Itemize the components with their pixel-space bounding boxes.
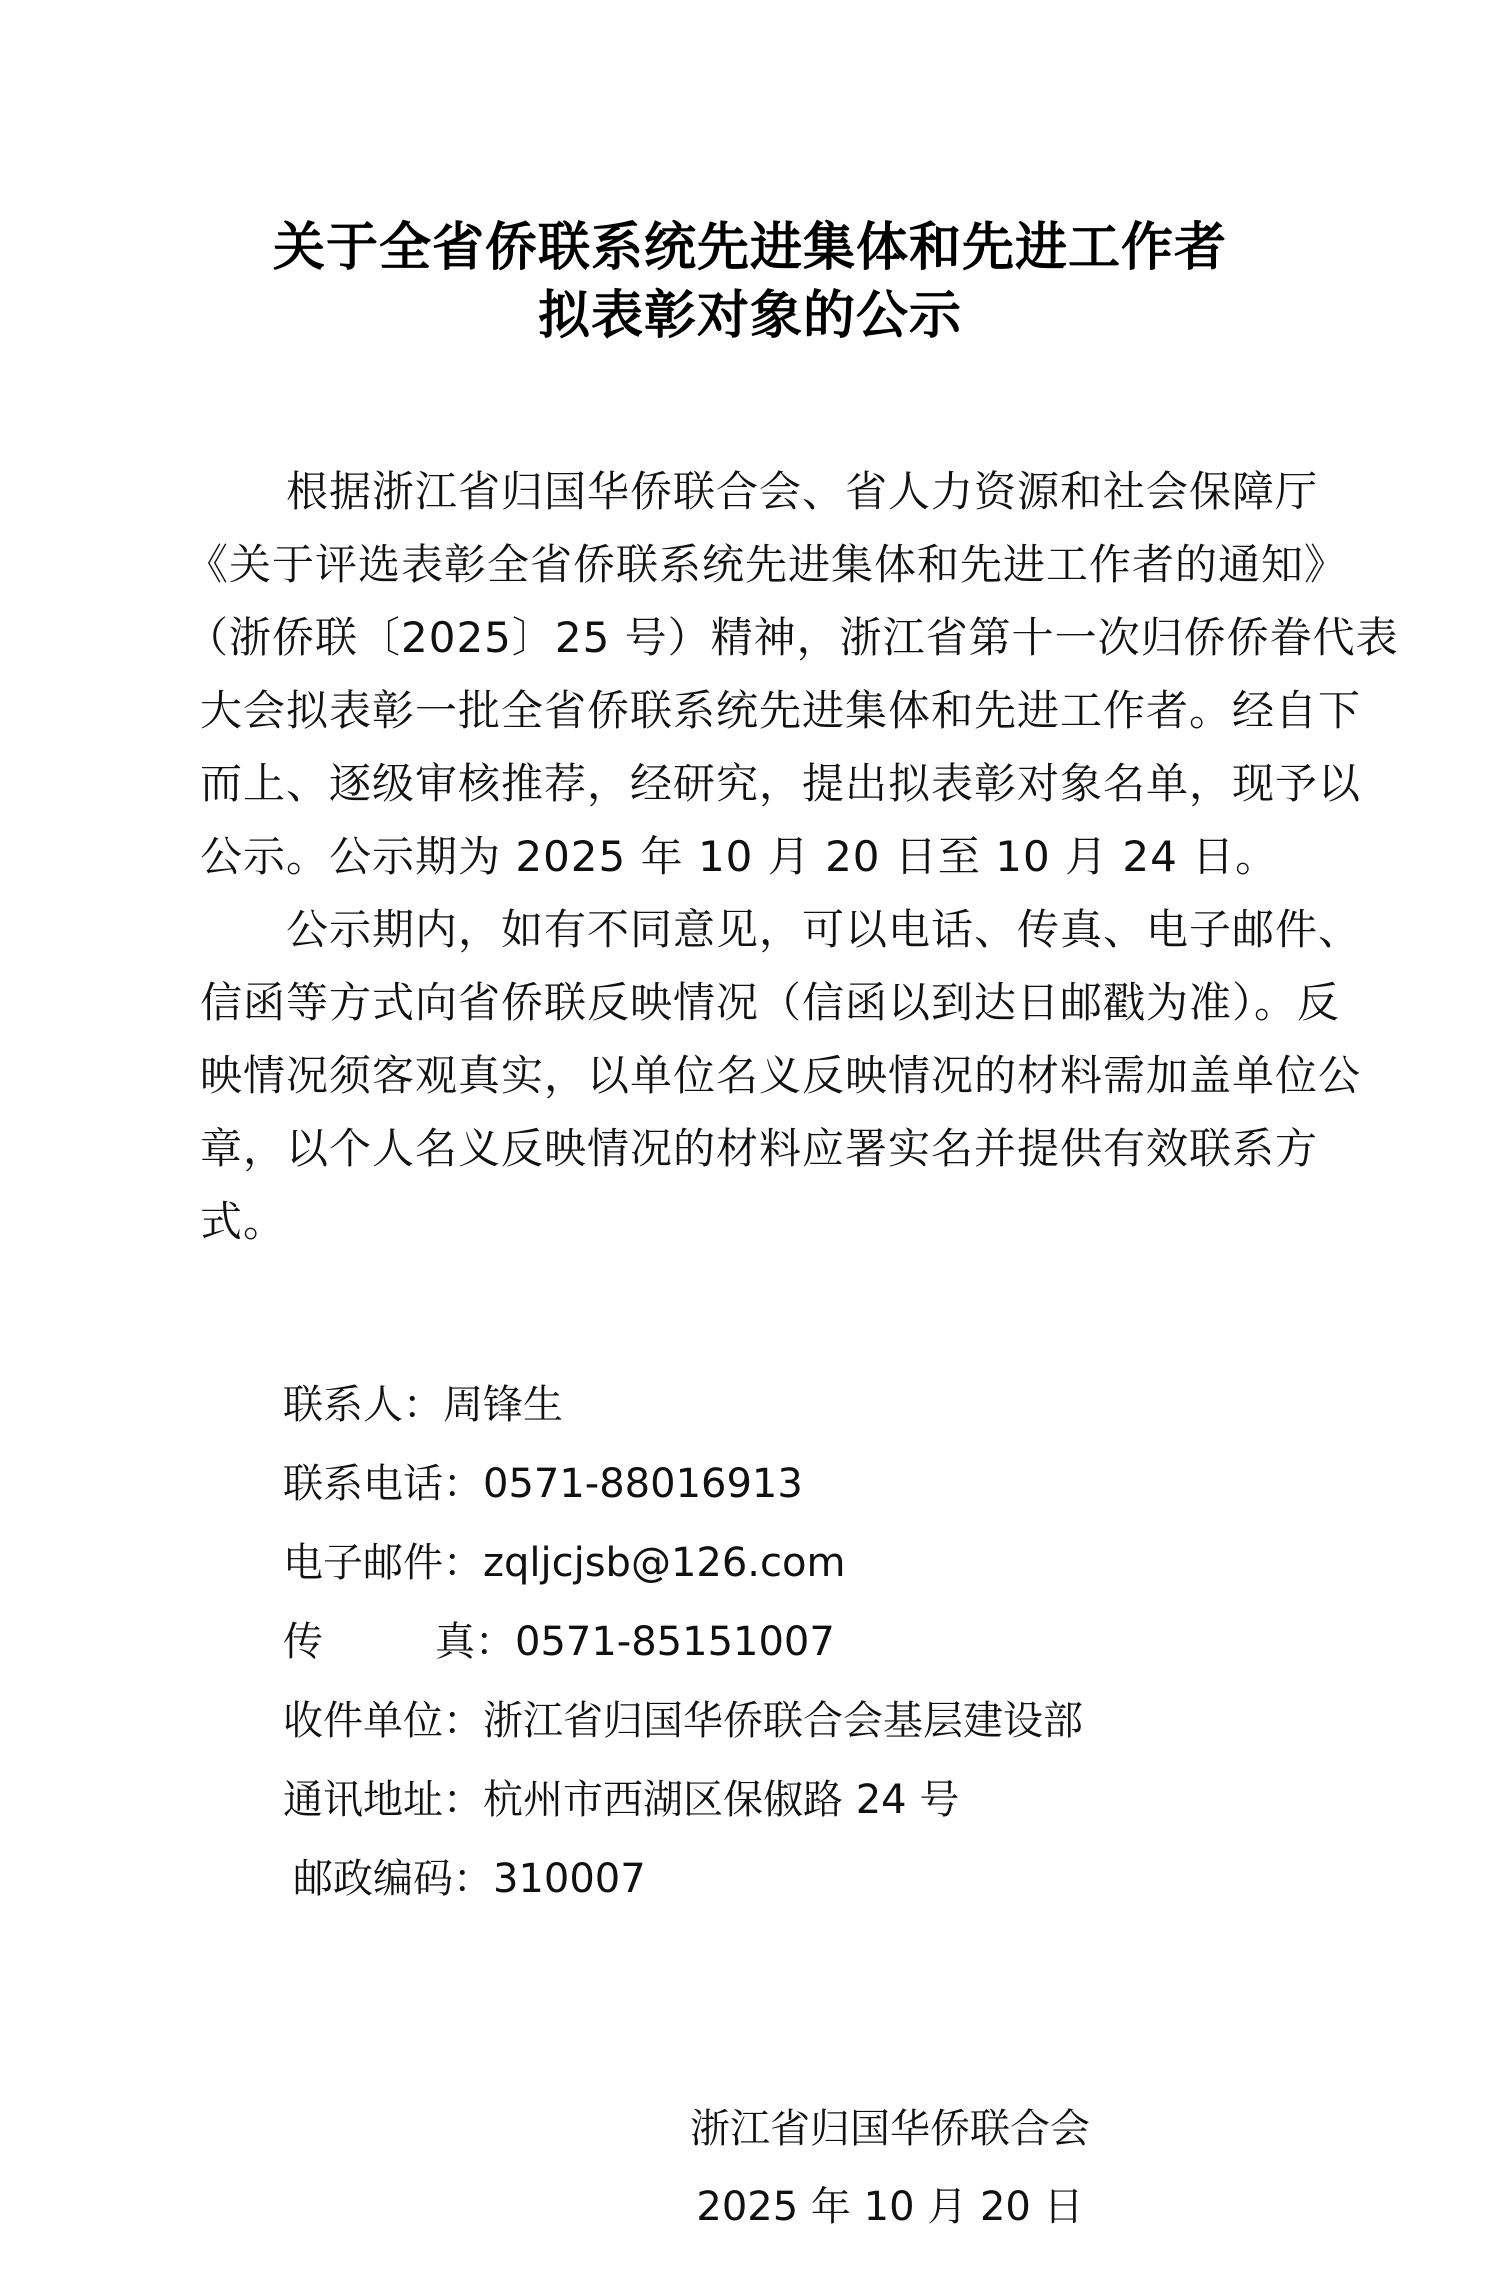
body-line: （浙侨联〔2025〕25 号）精神，浙江省第十一次归侨侨眷代表 [186,601,1300,674]
body-line: 《关于评选表彰全省侨联系统先进集体和先进工作者的通知》 [186,528,1300,601]
paragraph-1: 根据浙江省归国华侨联合会、省人力资源和社会保障厅 《关于评选表彰全省侨联系统先进… [200,455,1300,893]
paragraph-2: 公示期内，如有不同意见，可以电话、传真、电子邮件、 信函等方式向省侨联反映情况（… [200,893,1300,1258]
email-label: 电子邮件： [283,1524,483,1603]
phone-value: 0571-88016913 [483,1461,803,1507]
signature-organization: 浙江省归国华侨联合会 [680,2090,1100,2168]
address-label: 通讯地址： [283,1761,483,1840]
fax-label-char-1: 传 [283,1603,323,1682]
fax-value: 0571-85151007 [515,1619,835,1665]
phone-row: 联系电话：0571-88016913 [283,1445,1083,1524]
postal-code-row: 邮政编码：310007 [283,1840,1083,1919]
body-line: 映情况须客观真实，以单位名义反映情况的材料需加盖单位公 [200,1039,1300,1112]
recipient-row: 收件单位：浙江省归国华侨联合会基层建设部 [283,1682,1083,1761]
title-line-1: 关于全省侨联系统先进集体和先进工作者 [0,214,1500,282]
body-line: 式。 [200,1185,1300,1258]
body-line: 大会拟表彰一批全省侨联系统先进集体和先进工作者。经自下 [200,674,1300,747]
fax-label: 传真 [283,1603,475,1682]
email-value: zqljcjsb@126.com [483,1540,845,1586]
phone-label: 联系电话： [283,1445,483,1524]
contact-person-row: 联系人：周锋生 [283,1366,1083,1445]
document-body: 根据浙江省归国华侨联合会、省人力资源和社会保障厅 《关于评选表彰全省侨联系统先进… [200,455,1300,1258]
title-line-2: 拟表彰对象的公示 [0,282,1500,350]
signature-date: 2025 年 10 月 20 日 [680,2168,1100,2246]
body-line: 根据浙江省归国华侨联合会、省人力资源和社会保障厅 [200,455,1300,528]
contact-person-label: 联系人： [283,1366,443,1445]
address-row: 通讯地址：杭州市西湖区保俶路 24 号 [283,1761,1083,1840]
body-line: 而上、逐级审核推荐，经研究，提出拟表彰对象名单，现予以 [200,747,1300,820]
contact-person-value: 周锋生 [443,1382,563,1428]
body-line: 信函等方式向省侨联反映情况（信函以到达日邮戳为准）。反 [200,966,1300,1039]
contact-info: 联系人：周锋生 联系电话：0571-88016913 电子邮件：zqljcjsb… [283,1366,1083,1919]
signature-block: 浙江省归国华侨联合会 2025 年 10 月 20 日 [680,2090,1100,2246]
postal-code-label: 邮政编码： [293,1840,493,1919]
recipient-label: 收件单位： [283,1682,483,1761]
document-page: 关于全省侨联系统先进集体和先进工作者 拟表彰对象的公示 根据浙江省归国华侨联合会… [0,0,1500,2289]
body-line: 章，以个人名义反映情况的材料应署实名并提供有效联系方 [200,1112,1300,1185]
body-line: 公示。公示期为 2025 年 10 月 20 日至 10 月 24 日。 [200,820,1300,893]
document-title: 关于全省侨联系统先进集体和先进工作者 拟表彰对象的公示 [0,214,1500,350]
postal-code-value: 310007 [493,1856,646,1902]
email-row: 电子邮件：zqljcjsb@126.com [283,1524,1083,1603]
body-line: 公示期内，如有不同意见，可以电话、传真、电子邮件、 [200,893,1300,966]
fax-row: 传真：0571-85151007 [283,1603,1083,1682]
address-value: 杭州市西湖区保俶路 24 号 [483,1777,959,1823]
fax-colon: ： [475,1619,515,1665]
recipient-value: 浙江省归国华侨联合会基层建设部 [483,1698,1083,1744]
fax-label-char-2: 真 [435,1603,475,1682]
